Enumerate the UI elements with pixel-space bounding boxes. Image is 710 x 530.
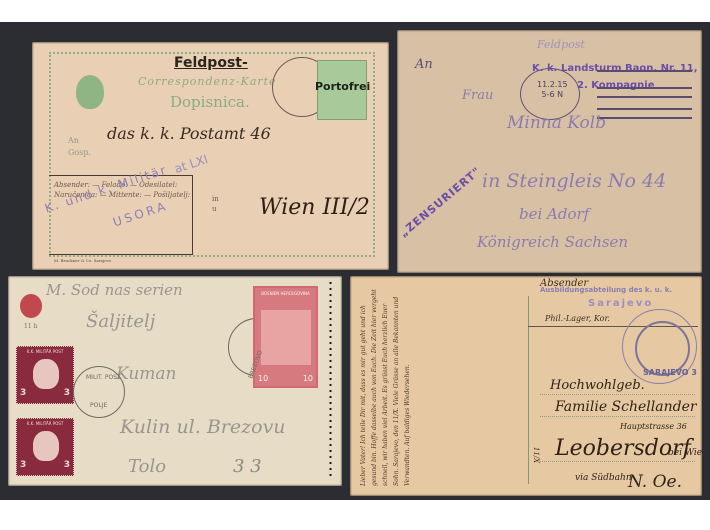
value-label: 11 h [24,323,37,330]
handwriting-line4: Kulin ul. Brezovu [120,416,286,438]
portofrei-overprint: Portofrei [315,80,370,93]
cancel-bar [597,96,692,98]
letter-card: 11 h M. Sod nas serien Šaljitelj Kuman K… [8,276,342,486]
postmark-date: 11.2.155-6 N [537,80,568,100]
handwriting-number: 3 3 [233,456,262,477]
franz-joseph-stamp: K.K. MILITÄR POST 3 3 [16,346,74,404]
an-label: AnGosp. [68,135,91,159]
imprint-label: BOSNIEN HERCEGOVINA [255,291,316,296]
feldpost-card: Feldpost- Correspondenz-Karte Dopisnica.… [32,42,389,270]
stamp-value: 3 [64,388,70,398]
divider-line [528,296,529,484]
address-line: das k. k. Postamt 46 [107,124,271,143]
cancel-bar [597,87,692,89]
unit-stamp-line2: Sarajevo [588,298,653,309]
cancel-bar [597,70,692,72]
region: N. Oe. [628,472,682,492]
in-label: inu [212,194,219,214]
censored-envelope: Feldpost An 11.2.155-6 N K. k. Landsturm… [397,30,702,273]
message-text: Lieber Vater! Ich teile Dir mit, dass es… [358,286,523,486]
city-note: bei Wien [668,448,702,458]
handwriting-line2: Šaljitelj [86,311,155,332]
card-title: Feldpost- [174,55,248,71]
postmark-text: MILIT. POST [86,374,121,381]
address-line-3: bei Adorf [519,205,589,223]
printer-imprint: M. Bruckner & Co. Sarajevo [54,258,111,263]
salutation: An [415,57,433,72]
cancel-bar [597,108,692,110]
handwriting-line3: Kuman [116,364,176,384]
imprint-value: 10 [258,374,268,383]
double-eagle-crest-icon [76,75,104,109]
imprint-value: 10 [303,374,313,383]
camp-line: Phil.-Lager, Kor. [545,314,610,323]
address-guide [540,416,695,417]
recipient-title: Frau [462,88,493,103]
date: 11/X [532,447,540,463]
address-guide [540,461,695,462]
cancel-bar [597,117,692,119]
route: via Südbahn [575,473,632,483]
address-line-4: Königreich Sachsen [477,233,628,251]
card-subtitle-2: Dopisnica. [170,93,250,111]
address-guide [540,394,695,395]
picture-postcard-back: Lieber Vater! Ich teile Dir mit, dass es… [350,276,702,496]
stamp-value: 3 [20,388,26,398]
unit-stamp-line1: Ausbildungsabteilung des k. u. k. [540,286,672,294]
stamp-top-label: K.K. MILITÄR POST [19,421,71,426]
stamp-top-label: K.K. MILITÄR POST [19,349,71,354]
perforation-edge [329,280,332,480]
top-note: Feldpost [537,38,585,51]
handwriting-line1: M. Sod nas serien [46,281,183,299]
unit-stamp-line2: 2. Kompagnie [577,80,655,91]
imprinted-stamp: BOSNIEN HERCEGOVINA 10 10 [253,286,318,388]
stamp-value: 3 [20,460,26,470]
censor-stamp: „ZENSURIERT" [397,164,484,240]
destination-city: Wien III/2 [259,195,370,220]
recipient-name: Minna Kolb [507,113,606,133]
postmark-place: POLJE [90,402,107,409]
portrait-icon [33,431,59,461]
double-eagle-crest-icon [20,294,42,318]
street-line: in Steingleis No 44 [482,170,666,192]
handwriting-line5: Tolo [128,456,166,477]
card-subtitle: Correspondenz-Karte [138,75,277,88]
street: Hauptstrasse 36 [620,422,687,431]
franz-joseph-stamp: K.K. MILITÄR POST 3 3 [16,418,74,476]
stamp-value: 3 [64,460,70,470]
portrait-icon [33,359,59,389]
recipient-title: Hochwohlgeb. [550,378,645,393]
unit-stamp-line1: K. k. Landsturm Baon. Nr. 11, [532,63,698,74]
postmark-place: SARAJEVO 3 [643,368,697,377]
landscape-vignette-icon [261,310,311,365]
recipient-name: Familie Schellander [555,399,697,415]
